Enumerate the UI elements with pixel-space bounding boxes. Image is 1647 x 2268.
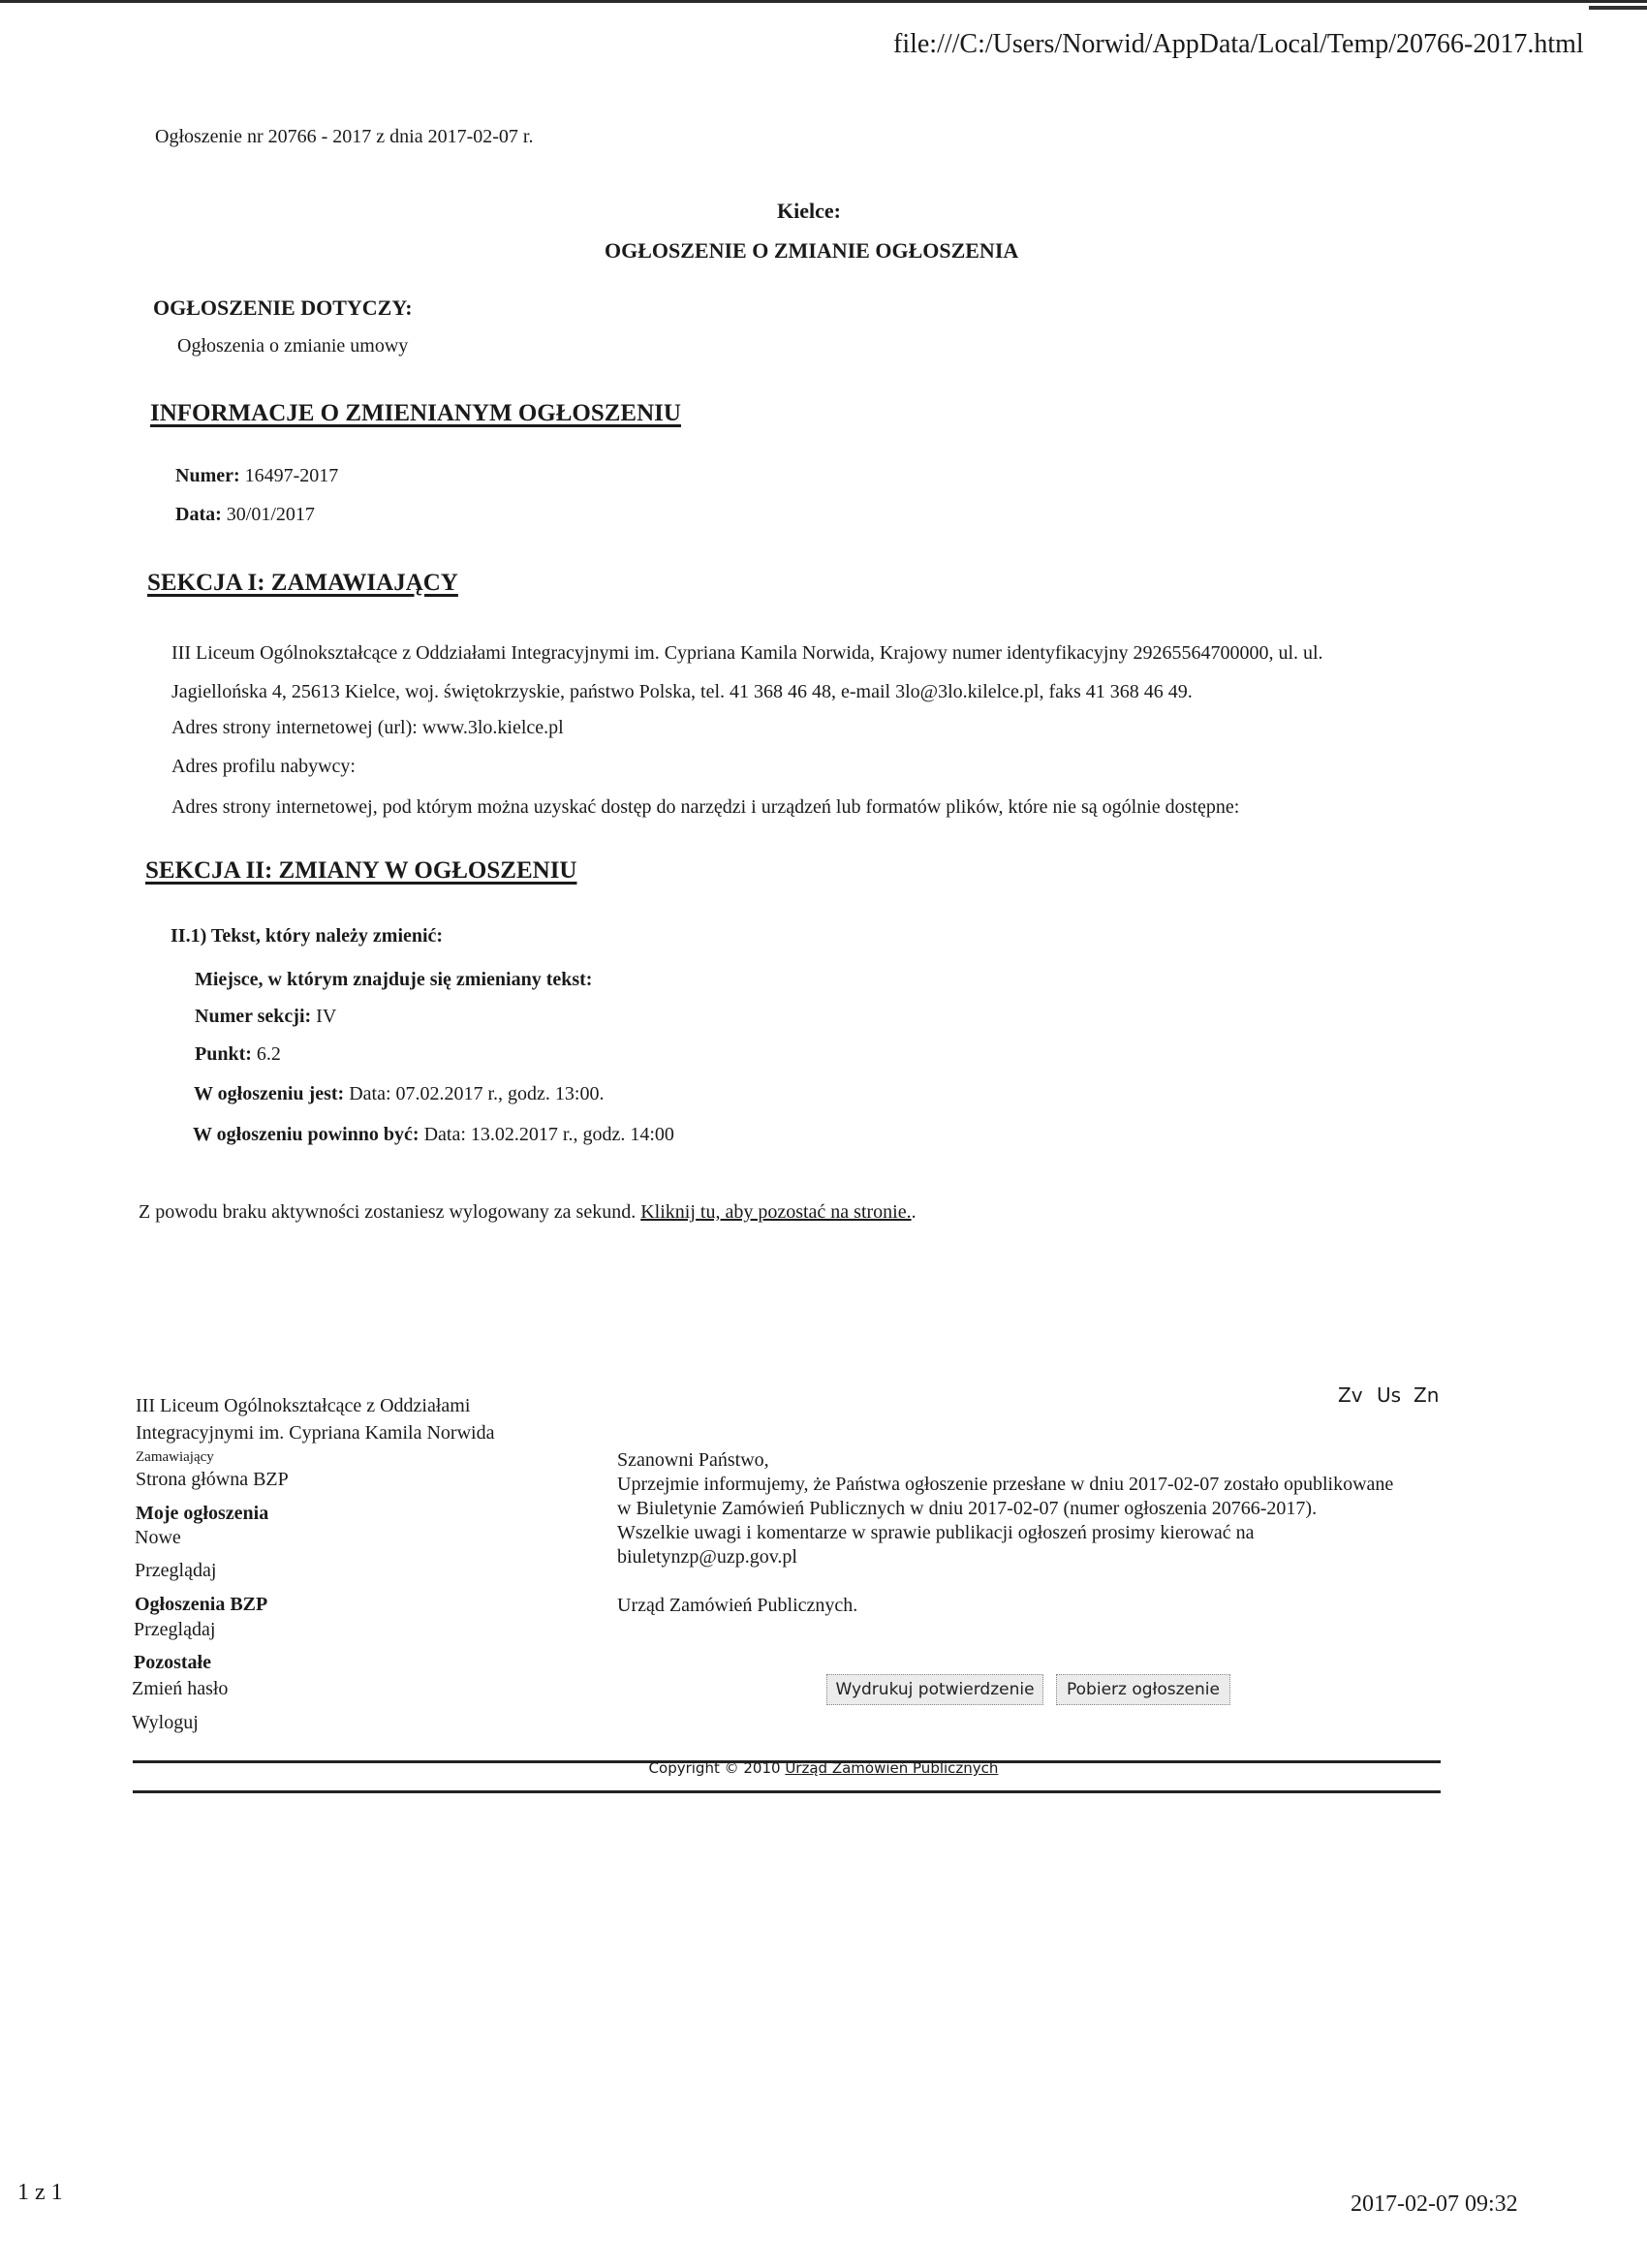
new-text: W ogłoszeniu powinno być: Data: 13.02.20… xyxy=(193,1124,674,1146)
top-link-3[interactable]: Zn xyxy=(1414,1383,1439,1407)
section-number: Numer sekcji: IV xyxy=(195,1006,336,1028)
tools-address: Adres strony internetowej, pod którym mo… xyxy=(171,796,1239,819)
print-page-counter: 1 z 1 xyxy=(17,2180,63,2206)
letter-body-published: Uprzejmie informujemy, że Państwa ogłosz… xyxy=(617,1473,1412,1521)
sidebar-item-logout[interactable]: Wyloguj xyxy=(132,1712,199,1734)
sidebar-group-other: Pozostałe xyxy=(134,1652,211,1674)
sidebar-item-browse-bzp[interactable]: Przeglądaj xyxy=(134,1619,215,1641)
sidebar-group-my-notices: Moje ogłoszenia xyxy=(136,1503,268,1525)
page-top-border-mark xyxy=(1589,6,1647,10)
footer-divider-bottom xyxy=(133,1790,1441,1793)
current-text-value: Data: 07.02.2017 r., godz. 13:00. xyxy=(349,1083,604,1104)
changed-numer: Numer: 16497-2017 xyxy=(175,465,338,487)
page-top-border xyxy=(0,0,1647,3)
stay-on-page-link[interactable]: Kliknij tu, aby pozostać na stronie. xyxy=(640,1201,911,1223)
numer-value: 16497-2017 xyxy=(245,465,339,486)
notice-number-line: Ogłoszenie nr 20766 - 2017 z dnia 2017-0… xyxy=(155,126,533,148)
point-label: Punkt: xyxy=(195,1043,252,1065)
contracting-authority-line2: Jagiellońska 4, 25613 Kielce, woj. święt… xyxy=(171,681,1193,703)
changed-data: Data: 30/01/2017 xyxy=(175,504,315,526)
current-text-label: W ogłoszeniu jest: xyxy=(194,1083,344,1104)
letter-greeting: Szanowni Państwo, xyxy=(617,1448,1412,1473)
session-trail: . xyxy=(912,1201,917,1223)
concerns-label: OGŁOSZENIE DOTYCZY: xyxy=(153,295,413,321)
uzp-link[interactable]: Urząd Zamówień Publicznych xyxy=(785,1759,998,1777)
sidebar-item-home[interactable]: Strona główna BZP xyxy=(136,1469,289,1491)
notice-city: Kielce: xyxy=(777,199,841,224)
section1-heading: SEKCJA I: ZAMAWIAJĄCY xyxy=(147,570,458,597)
sidebar-org-line2: Integracyjnymi im. Cypriana Kamila Norwi… xyxy=(136,1422,494,1445)
data-value: 30/01/2017 xyxy=(227,504,315,525)
new-text-label: W ogłoszeniu powinno być: xyxy=(193,1124,420,1145)
section-number-label: Numer sekcji: xyxy=(195,1006,311,1027)
print-datetime: 2017-02-07 09:32 xyxy=(1351,2191,1518,2218)
session-timeout-text: Z powodu braku aktywności zostaniesz wyl… xyxy=(139,1201,636,1223)
sidebar-role: Zamawiający xyxy=(136,1449,214,1466)
current-text: W ogłoszeniu jest: Data: 07.02.2017 r., … xyxy=(194,1083,605,1105)
print-confirmation-button[interactable]: Wydrukuj potwierdzenie xyxy=(826,1674,1043,1705)
contracting-authority-line1: III Liceum Ogólnokształcące z Oddziałami… xyxy=(171,642,1323,665)
concerns-value: Ogłoszenia o zmianie umowy xyxy=(177,335,408,357)
print-header-url: file:///C:/Users/Norwid/AppData/Local/Te… xyxy=(893,29,1584,60)
change-location-label: Miejsce, w którym znajduje się zmieniany… xyxy=(195,969,592,991)
sidebar-item-browse-mine[interactable]: Przeglądaj xyxy=(135,1560,216,1582)
download-notice-button[interactable]: Pobierz ogłoszenie xyxy=(1056,1674,1230,1705)
letter-body-contact: Wszelkie uwagi i komentarze w sprawie pu… xyxy=(617,1521,1412,1569)
top-link-1[interactable]: Zv xyxy=(1338,1383,1363,1407)
copyright-text: Copyright © 2010 xyxy=(649,1759,786,1777)
copyright: Copyright © 2010 Urząd Zamówień Publiczn… xyxy=(0,1759,1647,1777)
confirmation-letter: Szanowni Państwo, Uprzejmie informujemy,… xyxy=(617,1448,1412,1618)
sidebar-group-bzp: Ogłoszenia BZP xyxy=(135,1594,267,1616)
section2-item-title: II.1) Tekst, który należy zmienić: xyxy=(171,925,443,948)
buyer-profile: Adres profilu nabywcy: xyxy=(171,756,356,778)
data-label: Data: xyxy=(175,504,222,525)
sidebar-item-new[interactable]: Nowe xyxy=(135,1527,181,1549)
sidebar-item-change-password[interactable]: Zmień hasło xyxy=(132,1678,228,1700)
point-value: 6.2 xyxy=(257,1043,281,1065)
session-timeout-notice: Z powodu braku aktywności zostaniesz wyl… xyxy=(139,1201,917,1224)
changed-info-heading: INFORMACJE O ZMIENIANYM OGŁOSZENIU xyxy=(150,400,681,427)
top-link-2[interactable]: Us xyxy=(1377,1383,1401,1407)
letter-signature: Urząd Zamówień Publicznych. xyxy=(617,1594,1412,1618)
sidebar-org-line1: III Liceum Ogólnokształcące z Oddziałami xyxy=(136,1395,470,1417)
section2-heading: SEKCJA II: ZMIANY W OGŁOSZENIU xyxy=(145,857,576,885)
new-text-value: Data: 13.02.2017 r., godz. 14:00 xyxy=(424,1124,674,1145)
point: Punkt: 6.2 xyxy=(195,1043,281,1066)
section-number-value: IV xyxy=(316,1006,336,1027)
numer-label: Numer: xyxy=(175,465,240,486)
notice-title: OGŁOSZENIE O ZMIANIE OGŁOSZENIA xyxy=(605,238,1018,264)
authority-url: Adres strony internetowej (url): www.3lo… xyxy=(171,717,564,739)
